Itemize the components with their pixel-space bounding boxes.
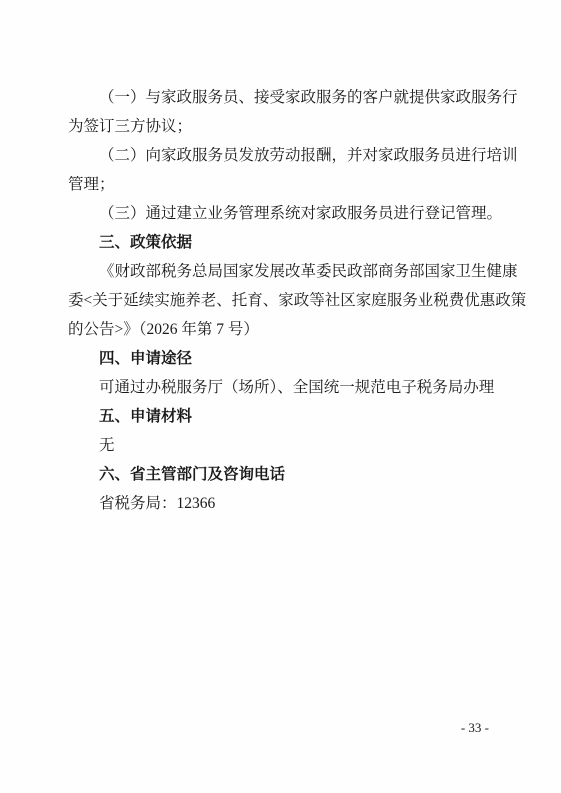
document-body: （一）与家政服务员、接受家政服务的客户就提供家政服务行 为签订三方协议； （二）…	[68, 83, 520, 518]
clause-item-2-line-1: （二）向家政服务员发放劳动报酬，并对家政服务员进行培训	[68, 141, 520, 170]
application-materials-text: 无	[68, 431, 520, 460]
heading-policy-basis: 三、政策依据	[68, 228, 520, 257]
policy-basis-line-3: 的公告>》（2026 年第 7 号）	[68, 315, 520, 344]
policy-basis-line-2: 委<关于延续实施养老、托育、家政等社区家庭服务业税费优惠政策	[68, 286, 520, 315]
policy-basis-line-1: 《财政部税务总局国家发展改革委民政部商务部国家卫生健康	[68, 257, 520, 286]
clause-item-1-line-1: （一）与家政服务员、接受家政服务的客户就提供家政服务行	[68, 83, 520, 112]
heading-application-materials: 五、申请材料	[68, 402, 520, 431]
page-number: - 33 -	[461, 719, 489, 737]
department-phone-text: 省税务局：12366	[68, 489, 520, 518]
clause-item-3: （三）通过建立业务管理系统对家政服务员进行登记管理。	[68, 199, 520, 228]
clause-item-1-line-2: 为签订三方协议；	[68, 112, 520, 141]
heading-application-channel: 四、申请途径	[68, 344, 520, 373]
heading-department-phone: 六、省主管部门及咨询电话	[68, 460, 520, 489]
application-channel-text: 可通过办税服务厅（场所）、全国统一规范电子税务局办理	[68, 373, 520, 402]
document-page: （一）与家政服务员、接受家政服务的客户就提供家政服务行 为签订三方协议； （二）…	[0, 0, 561, 793]
clause-item-2-line-2: 管理；	[68, 170, 520, 199]
